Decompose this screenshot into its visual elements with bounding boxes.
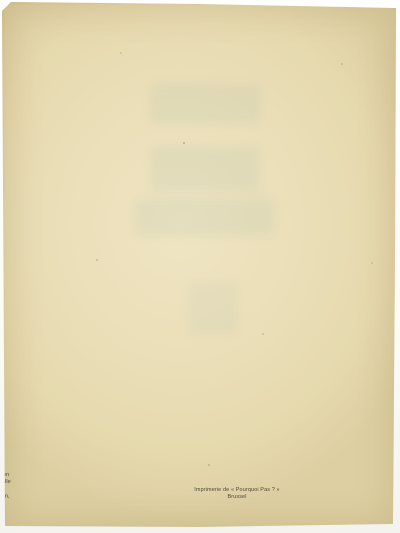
book-page: Alle rechten van reproductie, vertaling … <box>0 0 400 533</box>
imprint-line: Brussel <box>177 493 298 500</box>
copyright-line: Brussel <box>0 500 38 507</box>
show-through-ghost <box>188 282 238 334</box>
show-through-ghost <box>150 84 260 124</box>
copyright-line: landen, de U.R.S.S. inbegrepen. <box>0 485 38 492</box>
copyright-line: aanpassing streng voorbehouden voor alle <box>0 478 38 485</box>
show-through-ghost <box>134 198 274 236</box>
imprint-line: Imprimerie de « Pourquoi Pas ? » <box>177 486 298 493</box>
paper-speck <box>183 142 185 144</box>
copyright-line: Alle rechten van reproductie, vertaling … <box>0 471 38 478</box>
show-through-ghost <box>150 146 260 192</box>
copyright-line: Copyright 1965 bij De Lombard Uitgaven, <box>0 493 38 500</box>
